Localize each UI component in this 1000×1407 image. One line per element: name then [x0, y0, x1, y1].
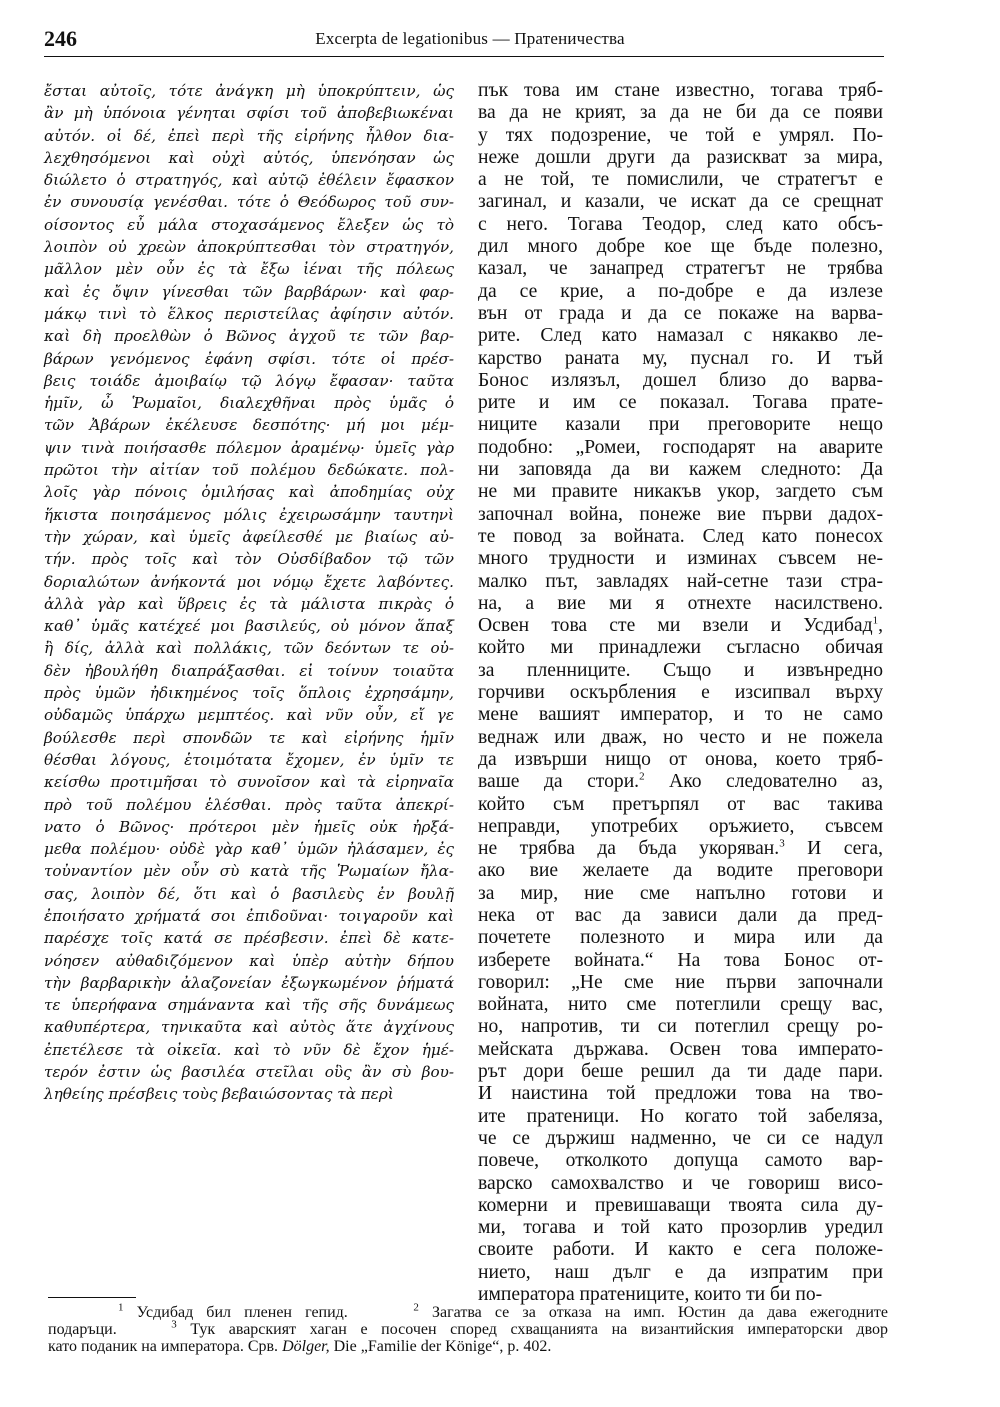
bulgarian-line: да извърши нищо от онова, което тряб- [478, 749, 883, 771]
bulgarian-line-text: ми, тогава и той като прозорлив уредил [478, 1217, 883, 1238]
greek-line-text: τῶν Ἀβάρων ἐκέλευσε δεσπότης· μή μοι μέμ… [44, 416, 454, 434]
bulgarian-line-text: ни заповяда да ви кажем следното: Да [478, 459, 883, 480]
bulgarian-line: загинал, и казали, че искат да се срещна… [478, 191, 883, 213]
bulgarian-line: карство раната му, пуснал го. И тъй [478, 348, 883, 370]
greek-line-text: νόησεν αὐθαδιζόμενον καὶ ὑπὲρ αὐτὴν δήπο… [44, 952, 454, 970]
bulgarian-line-text: ваше да стори. [478, 771, 639, 792]
greek-line: μεθα πολέμου· οὐδὲ γὰρ καθ᾽ ὑμῶν ἠλάσαμε… [44, 838, 454, 860]
greek-line: τερόν ἐστιν ὡς βασιλέα στεῖλαι οὓς ἂν σὺ… [44, 1061, 454, 1083]
bulgarian-line-text: рите. След като намазал с някакво ле- [478, 325, 883, 346]
greek-line-text: πρὸς ὑμῶν ἠδικημένος τοῖς ὅπλοις ἐχρησάμ… [44, 684, 454, 702]
bulgarian-line: императора пратениците, които ти би по- [478, 1284, 883, 1306]
footnote-mark-3: 3 [171, 1319, 177, 1331]
bulgarian-line-text: И наистина той предложи това на тво- [478, 1083, 883, 1104]
bulgarian-line-text: своите работи. И както е сега положе- [478, 1239, 883, 1260]
greek-line: πρῶτοι τὴν αἰτίαν τοῦ πολέμου δεδώκατε. … [44, 459, 454, 481]
greek-line-text: δὲν ἠβουλήθη διαπράξασθαι. εἰ τοίνυν τοι… [44, 662, 454, 680]
bulgarian-line-text: рите и им се показал. Тогава прате- [478, 392, 883, 413]
footnote-citation: Die „Familie der Könige“, p. 402. [334, 1338, 552, 1355]
greek-line: βεις τοιάδε ἀμοιβαίῳ τῷ λόγῳ ἔφασαν· ταῦ… [44, 370, 454, 392]
greek-line-text: ἐν συνουσίᾳ γενέσθαι. τότε ὁ Θεόδωρος το… [44, 193, 454, 211]
bulgarian-line: но, напротив, ти си потеглил срещу ро- [478, 1016, 883, 1038]
greek-line-text: αὐτόν. οἱ δέ, ἐπεὶ περὶ τῆς εἰρήνης ἦλθο… [44, 127, 454, 145]
greek-line: ἔσται αὐτοῖς, τότε ἀνάγκη μὴ ὑποκρύπτειν… [44, 80, 454, 102]
greek-line: θέσθαι λόγους, ἑτοιμότατα ἔχομεν, ἐν ὑμῖ… [44, 749, 454, 771]
greek-line: λοῖς γὰρ πόνοις ὁμιλήσας καὶ ἀποδημίας ο… [44, 481, 454, 503]
greek-line: ἐπετέλεσε τὰ οἰκεῖα. καὶ τὸ νῦν δὲ ἔχον … [44, 1039, 454, 1061]
bulgarian-line: нието, наш дълг е да изпратим при [478, 1262, 883, 1284]
bulgarian-line-text: ниците казали при преговорите нещо [478, 414, 883, 435]
bulgarian-line-text: у тях подозрение, че той е умрял. По- [478, 125, 883, 146]
greek-line-text: βούλεσθε περὶ σπονδῶν τε καὶ εἰρήνης ἡμῖ… [44, 729, 454, 747]
footnotes: 1 Усдибад бил пленен гепид. 2 Загатва се… [48, 1304, 888, 1355]
bulgarian-line-text: ва да не крият, за да не би да се появи [478, 102, 883, 123]
bulgarian-line-text: мене вашият император, и то не само [478, 704, 883, 725]
bulgarian-line-text: не ми правите никакъв укор, загдето съм [478, 481, 883, 502]
footnote-3-text: Тук аварският хаган е посочен според схв… [190, 1321, 888, 1338]
greek-line: οὐδαμῶς ὑπάρχω μεμπτέος. καὶ νῦν οὖν, εἴ… [44, 704, 454, 726]
greek-line: σας, λοιπὸν δέ, ὅτι καὶ ὁ βασιλεὺς ἐν βο… [44, 883, 454, 905]
greek-line: καθυπέρτερα, τηνικαῦτα καὶ αὐτὸς ἅτε ἀγχ… [44, 1016, 454, 1038]
footnote-line-3: като поданик на императора. Срв. Dölger,… [48, 1338, 888, 1355]
bulgarian-line: рите. След като намазал с някакво ле- [478, 325, 883, 347]
greek-line-text: ἂν μὴ ὑπόνοια γένηται σφίσι τοῦ ἀποβεβιω… [44, 104, 454, 122]
greek-line: μᾶλλον μὲν οὖν ἐς τὰ ἔξω ἰέναι τῆς πόλεω… [44, 258, 454, 280]
greek-line: νόησεν αὐθαδιζόμενον καὶ ὑπὲρ αὐτὴν δήπο… [44, 950, 454, 972]
bulgarian-line-text: мейската държава. Освен това императо- [478, 1039, 883, 1060]
greek-line: λοιπὸν οὐ χρεὼν ἀποκρύπτεσθαι τὸν στρατη… [44, 236, 454, 258]
bulgarian-line: ите пратеници. Но когато той забеляза, [478, 1106, 883, 1128]
bulgarian-line-text: с него. Тогава Теодор, след като обсъ- [478, 214, 883, 235]
greek-line-text: θέσθαι λόγους, ἑτοιμότατα ἔχομεν, ἐν ὑμῖ… [44, 751, 454, 769]
greek-line: καθ᾽ ὑμᾶς κατέχεέ μοι βασιλεύς, οὐ μόνον… [44, 615, 454, 637]
greek-line-text: τὴν χώραν, καὶ ὑμεῖς ἀφείλεσθέ με βιαίως… [44, 528, 454, 546]
greek-line-text: σας, λοιπὸν δέ, ὅτι καὶ ὁ βασιλεὺς ἐν βο… [44, 885, 454, 903]
greek-line-text: ἐποιήσατο χρήματά σοι ἐπιδοῦναι· τοιγαρο… [44, 907, 454, 925]
bulgarian-line-text: започнал война, понеже вие първи дадох- [478, 504, 883, 525]
bulgarian-line-text: казал, че занапред стратегът не трябва [478, 258, 883, 279]
bulgarian-line: започнал война, понеже вие първи дадох- [478, 504, 883, 526]
greek-line-text: μᾶλλον μὲν οὖν ἐς τὰ ἔξω ἰέναι τῆς πόλεω… [44, 260, 454, 278]
line-continuation: Ако следователно аз, [645, 771, 883, 792]
bulgarian-line: подобно: „Ромеи, господарят на аварите [478, 437, 883, 459]
bulgarian-line-text: комерни и превишаващи твоята сила ду- [478, 1195, 883, 1216]
bulgarian-line-text: почетете полезното и мира или да [478, 927, 883, 948]
bulgarian-line: който ми принадлежи съгласно обичая [478, 637, 883, 659]
bulgarian-line: у тях подозрение, че той е умрял. По- [478, 125, 883, 147]
greek-line-text: δοριαλώτων ἀνήκοντά μοι νόμῳ ἔχετε λαβόν… [44, 573, 454, 591]
bulgarian-line-text: а не той, те помислили, че стратегът е [478, 169, 883, 190]
greek-line: δοριαλώτων ἀνήκοντά μοι νόμῳ ἔχετε λαβόν… [44, 571, 454, 593]
bulgarian-line: И наистина той предложи това на тво- [478, 1083, 883, 1105]
bulgarian-line: войната, нито сме потеглили срещу вас, [478, 994, 883, 1016]
greek-line: μάκῳ τινὶ τὸ ἕλκος περιστείλας ἀφίησιν α… [44, 303, 454, 325]
footnote-line-2: подаръци. 3 Тук аварският хаган е посоче… [48, 1321, 888, 1338]
greek-line-text: ἥκιστα ποιησάμενος μόλις ἐχειρωσάμην ταυ… [44, 506, 454, 524]
greek-line-text: καθ᾽ ὑμᾶς κατέχεέ μοι βασιλεύς, οὐ μόνον… [44, 617, 454, 635]
bulgarian-line: рите и им се показал. Тогава прате- [478, 392, 883, 414]
bulgarian-line: да се крие, а по-добре е да излезе [478, 281, 883, 303]
bulgarian-line: не трябва да бъда укоряван.3 И сега, [478, 838, 883, 860]
footnote-1-text: Усдибад бил пленен гепид. [137, 1304, 348, 1321]
bulgarian-line: рът дори беше решил да ти даде пари. [478, 1061, 883, 1083]
greek-line-text: πρὸ τοῦ πολέμου ἑλέσθαι. πρὸς ταῦτα ἀπεκ… [44, 796, 454, 814]
bulgarian-line: за мир, ние сме напълно готови и [478, 883, 883, 905]
greek-line-text: ληθείης πρέσβεις τοὺς βεβαιώσοντας τὰ πε… [44, 1085, 394, 1103]
bulgarian-line: малко път, завладях най-сетне тази стра- [478, 571, 883, 593]
bulgarian-line: че се държиш надменно, че си се надул [478, 1128, 883, 1150]
bulgarian-line-text: който ми принадлежи съгласно обичая [478, 637, 883, 658]
greek-line: ἂν μὴ ὑπόνοια γένηται σφίσι τοῦ ἀποβεβιω… [44, 102, 454, 124]
bulgarian-line-text: да извърши нищо от онова, което тряб- [478, 749, 883, 770]
footnote-mark-2: 2 [413, 1302, 419, 1314]
greek-line: ἐποιήσατο χρήματά σοι ἐπιδοῦναι· τοιγαρο… [44, 905, 454, 927]
bulgarian-line: дил много добре кое ще бъде полезно, [478, 236, 883, 258]
bulgarian-line: който съм претърпял от вас такива [478, 794, 883, 816]
bulgarian-line: за пленниците. Също и извънредно [478, 660, 883, 682]
bulgarian-line: ниците казали при преговорите нещо [478, 414, 883, 436]
greek-line-text: καὶ δὴ προελθὼν ὁ Βῶνος ἀγχοῦ τε τῶν βαρ… [44, 327, 454, 345]
greek-line-text: παρέσχε τοῖς κατά σε πρέσβεσιν. ἐπεὶ δὲ … [44, 929, 454, 947]
greek-line: οίσοντος εὖ μάλα στοχασάμενος ἔλεξεν ὡς … [44, 214, 454, 236]
greek-line-text: ἡμῖν, ὦ Ῥωμαῖοι, διαλεχθῆναι πρὸς ὑμᾶς ὁ [44, 394, 454, 412]
bulgarian-line-text: дил много добре кое ще бъде полезно, [478, 236, 883, 257]
greek-line: αὐτόν. οἱ δέ, ἐπεὶ περὶ τῆς εἰρήνης ἦλθο… [44, 125, 454, 147]
bulgarian-line: с него. Тогава Теодор, след като обсъ- [478, 214, 883, 236]
bulgarian-line-text: неже дошли други да разискват за мира, [478, 147, 883, 168]
greek-line-text: ἀλλὰ γὰρ καὶ ὕβρεις ἐς τὰ μάλιστα πικρὰς… [44, 595, 454, 613]
bulgarian-line: горчиви оскърбления е изсипвал върху [478, 682, 883, 704]
bulgarian-line-text: ако вие желаете да водите преговори [478, 860, 883, 881]
bulgarian-line-text: вън от града и да се покаже на варва- [478, 303, 883, 324]
bulgarian-line: своите работи. И както е сега положе- [478, 1239, 883, 1261]
greek-line-text: τήν. πρὸς τοῖς καὶ τὸν Οὐσδίβαδον τῷ τῶν [44, 550, 454, 568]
greek-line-text: λοιπὸν οὐ χρεὼν ἀποκρύπτεσθαι τὸν στρατη… [44, 238, 454, 256]
greek-line: ἐν συνουσίᾳ γενέσθαι. τότε ὁ Θεόδωρος το… [44, 191, 454, 213]
greek-line: παρέσχε τοῖς κατά σε πρέσβεσιν. ἐπεὶ δὲ … [44, 927, 454, 949]
greek-line-text: βάρων γενόμενος ἐφάνη σφίσι. τότε οἱ πρέ… [44, 350, 454, 368]
bulgarian-line-text: който съм претърпял от вас такива [478, 794, 883, 815]
footnote-2-text: Загатва се за отказа на имп. Юстин да да… [432, 1304, 888, 1321]
greek-line: ἥκιστα ποιησάμενος μόλις ἐχειρωσάμην ταυ… [44, 504, 454, 526]
bulgarian-line: ва да не крият, за да не би да се появи [478, 102, 883, 124]
greek-line: τε ὑπερήφανα σημάναντα καὶ τῆς σῆς δυνάμ… [44, 994, 454, 1016]
bulgarian-line-text: неправди, употребих оръжието, съвсем [478, 816, 883, 837]
bulgarian-line: ваше да стори.2 Ако следователно аз, [478, 771, 883, 793]
greek-line: ληθείης πρέσβεις τοὺς βεβαιώσοντας τὰ πε… [44, 1083, 454, 1105]
greek-line-text: τοὐναντίον μὲν οὖν σὺ κατὰ τῆς Ῥωμαίων ἤ… [44, 862, 454, 880]
greek-line-text: λοῖς γὰρ πόνοις ὁμιλήσας καὶ ἀποδημίας ο… [44, 483, 454, 501]
greek-line-text: τε ὑπερήφανα σημάναντα καὶ τῆς σῆς δυνάμ… [44, 996, 454, 1014]
bulgarian-line-text: за пленниците. Също и извънредно [478, 660, 883, 681]
greek-line: κείσθω προτιμῆσαι τὸ συνοῖσον καὶ τὰ εἰρ… [44, 771, 454, 793]
bulgarian-line-text: загинал, и казали, че искат да се срещна… [478, 191, 883, 212]
bulgarian-line: комерни и превишаващи твоята сила ду- [478, 1195, 883, 1217]
bulgarian-line: казал, че занапред стратегът не трябва [478, 258, 883, 280]
bulgarian-line: ни заповяда да ви кажем следното: Да [478, 459, 883, 481]
bulgarian-line: вън от града и да се покаже на варва- [478, 303, 883, 325]
header-rule [44, 56, 884, 57]
footnote-author: Dölger, [282, 1338, 330, 1355]
footnote-rule [48, 1297, 136, 1298]
bulgarian-line-text: Освен това сте ми взели и Усдибад [478, 615, 873, 636]
greek-line-text: ἔσται αὐτοῖς, τότε ἀνάγκη μὴ ὑποκρύπτειν… [44, 82, 454, 100]
greek-line: δὲν ἠβουλήθη διαπράξασθαι. εἰ τοίνυν τοι… [44, 660, 454, 682]
bulgarian-line: почетете полезното и мира или да [478, 927, 883, 949]
greek-line-text: διώλετο ὁ στρατηγός, καὶ αὐτῷ ἐθέλειν ἔφ… [44, 171, 454, 189]
bulgarian-line: говорил: „Не сме ние първи започнали [478, 972, 883, 994]
greek-line-text: οὐδαμῶς ὑπάρχω μεμπτέος. καὶ νῦν οὖν, εἴ… [44, 706, 454, 724]
greek-line: καὶ δὴ προελθὼν ὁ Βῶνος ἀγχοῦ τε τῶν βαρ… [44, 325, 454, 347]
greek-line-text: καὶ ἐς ὄψιν γίνεσθαι τῶν βαρβάρων· καὶ φ… [44, 283, 454, 301]
bulgarian-line: неправди, употребих оръжието, съвсем [478, 816, 883, 838]
line-continuation: , [878, 615, 883, 636]
bulgarian-line: варско самохвалство и че говориш висо- [478, 1173, 883, 1195]
greek-line-text: λεχθησόμενοι καὶ οὐχὶ αὐτός, ὑπενόησαν ὡ… [44, 149, 454, 167]
bulgarian-line-text: горчиви оскърбления е изсипвал върху [478, 682, 883, 703]
bulgarian-line: ми, тогава и той като прозорлив уредил [478, 1217, 883, 1239]
bulgarian-line-text: не трябва да бъда укоряван. [478, 838, 779, 859]
bulgarian-line: пък това им стане известно, тогава тряб- [478, 80, 883, 102]
greek-line: ἡμῖν, ὦ Ῥωμαῖοι, διαλεχθῆναι πρὸς ὑμᾶς ὁ [44, 392, 454, 414]
greek-line-text: μεθα πολέμου· οὐδὲ γὰρ καθ᾽ ὑμῶν ἠλάσαμε… [44, 840, 454, 858]
greek-line: ἢ δίς, ἀλλὰ καὶ πολλάκις, τῶν δεόντων τε… [44, 637, 454, 659]
bulgarian-line: мейската държава. Освен това императо- [478, 1039, 883, 1061]
bulgarian-line-text: веднаж или дваж, но често и не пожела [478, 727, 883, 748]
greek-line: τῶν Ἀβάρων ἐκέλευσε δεσπότης· μή μοι μέμ… [44, 414, 454, 436]
greek-line: τὴν βαρβαρικὴν ἀλαζονείαν ἐξωγκωμένον ῥή… [44, 972, 454, 994]
greek-line: βάρων γενόμενος ἐφάνη σφίσι. τότε οἱ πρέ… [44, 348, 454, 370]
greek-line-text: τερόν ἐστιν ὡς βασιλέα στεῖλαι οὓς ἂν σὺ… [44, 1063, 454, 1081]
bulgarian-line: на, а вие ми я отнехте насилствено. [478, 593, 883, 615]
bulgarian-line-text: карство раната му, пуснал го. И тъй [478, 348, 883, 369]
bulgarian-line: Освен това сте ми взели и Усдибад1, [478, 615, 883, 637]
bulgarian-line-text: императора пратениците, които ти би по- [478, 1284, 822, 1305]
bulgarian-line: изберете войната.“ На това Бонос от- [478, 950, 883, 972]
running-head: Excerpta de legationibus — Пратеничества [0, 29, 940, 49]
greek-line-text: καθυπέρτερα, τηνικαῦτα καὶ αὐτὸς ἅτε ἀγχ… [44, 1018, 454, 1036]
footnote-3-continuation: като поданик на императора. Срв. [48, 1338, 278, 1355]
bulgarian-line-text: нието, наш дълг е да изпратим при [478, 1262, 883, 1283]
footnote-mark-1: 1 [118, 1302, 124, 1314]
bulgarian-line-text: войната, нито сме потеглили срещу вас, [478, 994, 883, 1015]
bulgarian-line-text: ите пратеници. Но когато той забеляза, [478, 1106, 883, 1127]
bulgarian-line: нека от вас да зависи дали да пред- [478, 905, 883, 927]
bulgarian-line-text: те повод за войната. След като понесох [478, 526, 883, 547]
greek-line: τήν. πρὸς τοῖς καὶ τὸν Οὐσδίβαδον τῷ τῶν [44, 548, 454, 570]
bulgarian-line: повече, отколкото допуща самото вар- [478, 1150, 883, 1172]
bulgarian-line-text: пък това им стане известно, тогава тряб- [478, 80, 883, 101]
bulgarian-line: веднаж или дваж, но често и не пожела [478, 727, 883, 749]
bulgarian-line: неже дошли други да разискват за мира, [478, 147, 883, 169]
bulgarian-line-text: за мир, ние сме напълно готови и [478, 883, 883, 904]
bulgarian-line-text: че се държиш надменно, че си се надул [478, 1128, 883, 1149]
bulgarian-line-text: да се крие, а по-добре е да излезе [478, 281, 883, 302]
greek-line-text: ἐπετέλεσε τὰ οἰκεῖα. καὶ τὸ νῦν δὲ ἔχον … [44, 1041, 454, 1059]
greek-line: καὶ ἐς ὄψιν γίνεσθαι τῶν βαρβάρων· καὶ φ… [44, 281, 454, 303]
bulgarian-line-text: на, а вие ми я отнехте насилствено. [478, 593, 883, 614]
bulgarian-line-text: подобно: „Ромеи, господарят на аварите [478, 437, 883, 458]
bulgarian-line: те повод за войната. След като понесох [478, 526, 883, 548]
bulgarian-line-text: но, напротив, ти си потеглил срещу ро- [478, 1016, 883, 1037]
greek-line: λεχθησόμενοι καὶ οὐχὶ αὐτός, ὑπενόησαν ὡ… [44, 147, 454, 169]
bulgarian-line-text: много трудности и изминах съвсем не- [478, 548, 883, 569]
bulgarian-line-text: малко път, завладях най-сетне тази стра- [478, 571, 883, 592]
greek-text-column: ἔσται αὐτοῖς, τότε ἀνάγκη μὴ ὑποκρύπτειν… [44, 80, 454, 1106]
greek-line-text: οίσοντος εὖ μάλα στοχασάμενος ἔλεξεν ὡς … [44, 216, 454, 234]
bulgarian-line: а не той, те помислили, че стратегът е [478, 169, 883, 191]
greek-line-text: μάκῳ τινὶ τὸ ἕλκος περιστείλας ἀφίησιν α… [44, 305, 454, 323]
greek-line: νατο ὁ Βῶνος· πρότεροι μὲν ἡμεῖς οὐκ ἠρξ… [44, 816, 454, 838]
bulgarian-line-text: варско самохвалство и че говориш висо- [478, 1173, 883, 1194]
greek-line: τὴν χώραν, καὶ ὑμεῖς ἀφείλεσθέ με βιαίως… [44, 526, 454, 548]
bulgarian-line: Бонос излязъл, дошел близо до варва- [478, 370, 883, 392]
greek-line-text: κείσθω προτιμῆσαι τὸ συνοῖσον καὶ τὰ εἰρ… [44, 773, 454, 791]
greek-line-text: τὴν βαρβαρικὴν ἀλαζονείαν ἐξωγκωμένον ῥή… [44, 974, 454, 992]
bulgarian-line-text: говорил: „Не сме ние първи започнали [478, 972, 883, 993]
bulgarian-line-text: нека от вас да зависи дали да пред- [478, 905, 883, 926]
bulgarian-line: много трудности и изминах съвсем не- [478, 548, 883, 570]
bulgarian-line: мене вашият император, и то не само [478, 704, 883, 726]
greek-line-text: νατο ὁ Βῶνος· πρότεροι μὲν ἡμεῖς οὐκ ἠρξ… [44, 818, 454, 836]
bulgarian-line: не ми правите никакъв укор, загдето съм [478, 481, 883, 503]
bulgarian-line: ако вие желаете да водите преговори [478, 860, 883, 882]
greek-line-text: ψιν τινὰ ποιήσασθε πόλεμον ἀραμένῳ· ὑμεῖ… [44, 439, 454, 457]
greek-line: πρὸς ὑμῶν ἠδικημένος τοῖς ὅπλοις ἐχρησάμ… [44, 682, 454, 704]
greek-line: ἀλλὰ γὰρ καὶ ὕβρεις ἐς τὰ μάλιστα πικρὰς… [44, 593, 454, 615]
greek-line: ψιν τινὰ ποιήσασθε πόλεμον ἀραμένῳ· ὑμεῖ… [44, 437, 454, 459]
bulgarian-line-text: изберете войната.“ На това Бонос от- [478, 950, 883, 971]
bulgarian-text-column: пък това им стане известно, тогава тряб-… [478, 80, 883, 1306]
line-continuation: И сега, [785, 838, 883, 859]
greek-line-text: πρῶτοι τὴν αἰτίαν τοῦ πολέμου δεδώκατε. … [44, 461, 454, 479]
greek-line: τοὐναντίον μὲν οὖν σὺ κατὰ τῆς Ῥωμαίων ἤ… [44, 860, 454, 882]
greek-line: βούλεσθε περὶ σπονδῶν τε καὶ εἰρήνης ἡμῖ… [44, 727, 454, 749]
bulgarian-line-text: рът дори беше решил да ти даде пари. [478, 1061, 883, 1082]
bulgarian-line-text: повече, отколкото допуща самото вар- [478, 1150, 883, 1171]
greek-line-text: βεις τοιάδε ἀμοιβαίῳ τῷ λόγῳ ἔφασαν· ταῦ… [44, 372, 454, 390]
greek-line: διώλετο ὁ στρατηγός, καὶ αὐτῷ ἐθέλειν ἔφ… [44, 169, 454, 191]
greek-line: πρὸ τοῦ πολέμου ἑλέσθαι. πρὸς ταῦτα ἀπεκ… [44, 794, 454, 816]
footnote-2-continuation: подаръци. [48, 1321, 117, 1338]
bulgarian-line-text: Бонос излязъл, дошел близо до варва- [478, 370, 883, 391]
greek-line-text: ἢ δίς, ἀλλὰ καὶ πολλάκις, τῶν δεόντων τε… [44, 639, 454, 657]
